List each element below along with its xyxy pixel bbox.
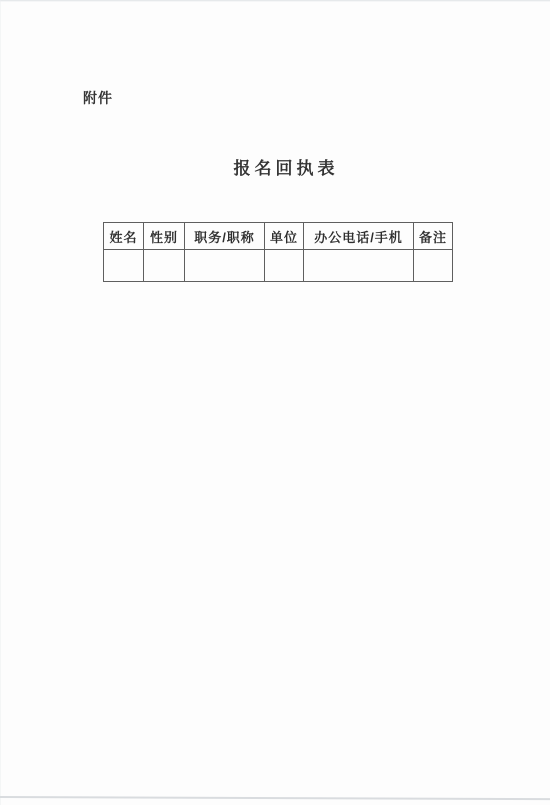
scan-top-edge-artifact [0, 0, 550, 2]
attachment-label: 附件 [83, 88, 113, 108]
header-phone: 办公电话/手机 [304, 223, 414, 250]
cell-gender [144, 250, 185, 282]
table-header-row: 姓名 性别 职务/职称 单位 办公电话/手机 备注 [104, 223, 453, 250]
cell-phone [304, 250, 414, 282]
table-row [104, 250, 453, 282]
header-title: 职务/职称 [185, 223, 265, 250]
header-unit: 单位 [265, 223, 304, 250]
scan-bottom-edge-artifact [0, 796, 550, 800]
scan-left-edge-artifact [0, 0, 1, 805]
cell-unit [265, 250, 304, 282]
cell-remarks [414, 250, 453, 282]
scanned-document-page: 附件 报名回执表 姓名 性别 职务/职称 单位 办公电话/手机 备注 [0, 0, 550, 805]
header-name: 姓名 [104, 223, 144, 250]
header-gender: 性别 [144, 223, 185, 250]
registration-reply-table: 姓名 性别 职务/职称 单位 办公电话/手机 备注 [103, 222, 453, 282]
header-remarks: 备注 [414, 223, 453, 250]
cell-title [185, 250, 265, 282]
cell-name [104, 250, 144, 282]
page-title: 报名回执表 [11, 154, 550, 179]
